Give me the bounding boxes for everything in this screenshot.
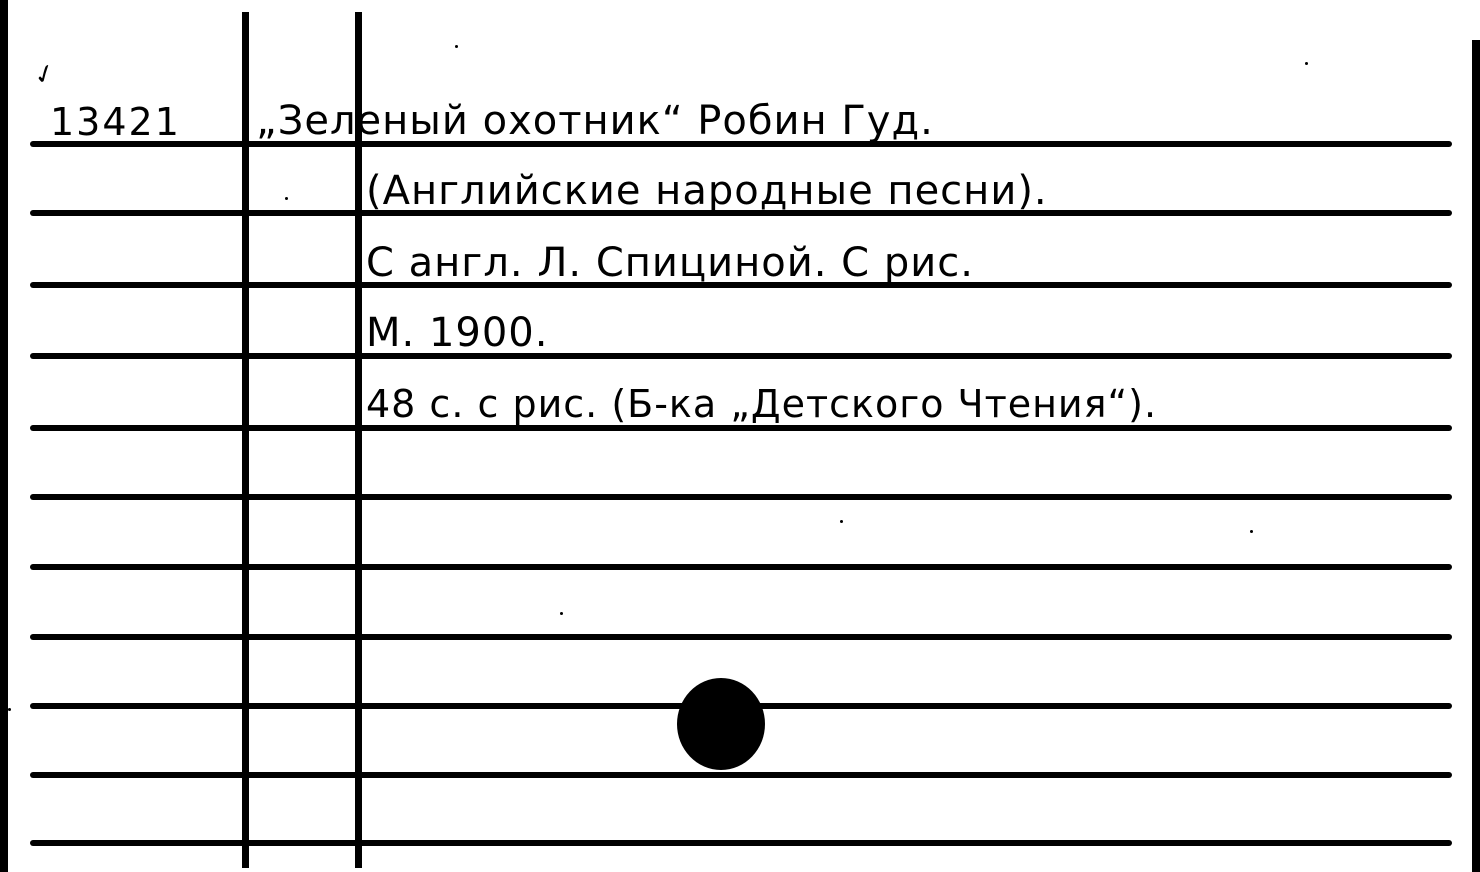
entry-line-5: 48 с. с рис. (Б-ка „Детского Чтения“). xyxy=(366,382,1157,426)
scan-speck xyxy=(560,612,563,615)
scan-speck xyxy=(285,197,288,200)
entry-line-4: М. 1900. xyxy=(366,310,548,356)
punch-hole xyxy=(677,678,765,770)
ruled-line xyxy=(30,772,1452,778)
inventory-number: 13421 xyxy=(50,100,181,144)
card-left-edge xyxy=(0,0,8,872)
check-mark: ✓ xyxy=(30,57,61,93)
card-right-edge xyxy=(1472,40,1480,872)
entry-line-3: С англ. Л. Спициной. С рис. xyxy=(366,240,974,286)
scan-speck xyxy=(455,45,458,48)
entry-line-1: „Зеленый охотник“ Робин Гуд. xyxy=(256,98,934,144)
ruled-line xyxy=(30,353,1452,359)
ruled-line xyxy=(30,634,1452,640)
scan-speck xyxy=(1305,62,1308,65)
ruled-line xyxy=(30,494,1452,500)
scan-speck xyxy=(8,708,11,711)
ruled-line xyxy=(30,840,1452,846)
scan-speck xyxy=(840,520,843,523)
ruled-line xyxy=(30,564,1452,570)
catalog-card: ✓ 13421 „Зеленый охотник“ Робин Гуд. (Ан… xyxy=(0,0,1480,872)
entry-line-2: (Английские народные песни). xyxy=(366,168,1048,214)
scan-speck xyxy=(1250,530,1253,533)
